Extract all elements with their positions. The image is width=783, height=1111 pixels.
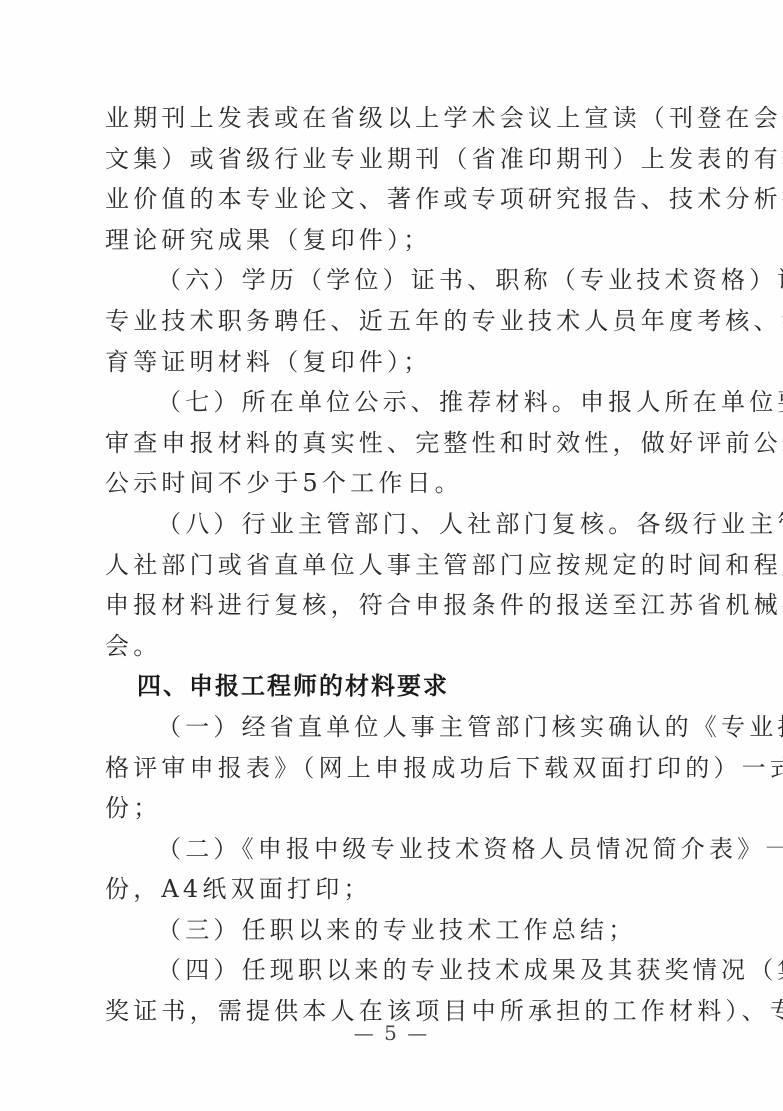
text-line: 专业技术职务聘任、近五年的专业技术人员年度考核、继续教: [105, 301, 671, 342]
text-line: 公示时间不少于5个工作日。: [105, 463, 671, 504]
text-line: 份；: [105, 788, 671, 829]
text-line: 审查申报材料的真实性、完整性和时效性，做好评前公示工作，: [105, 423, 671, 464]
text-line: 业期刊上发表或在省级以上学术会议上宣读（刊登在会刊、论: [105, 98, 671, 139]
text-line: 业价值的本专业论文、著作或专项研究报告、技术分析报告等: [105, 179, 671, 220]
text-line: 格评审申报表》（网上申报成功后下载双面打印的）一式3: [105, 748, 671, 789]
text-line: （八）行业主管部门、人社部门复核。各级行业主管部门、: [105, 504, 671, 545]
text-line: 理论研究成果（复印件）；: [105, 220, 671, 261]
text-line: 申报材料进行复核，符合申报条件的报送至江苏省机械行业协: [105, 585, 671, 626]
page-number: — 5 —: [0, 1021, 783, 1045]
text-line: 人社部门或省直单位人事主管部门应按规定的时间和程序对: [105, 545, 671, 586]
text-line: （七）所在单位公示、推荐材料。申报人所在单位要认真: [105, 382, 671, 423]
paragraph-section4-item-3: （三）任职以来的专业技术工作总结；: [105, 910, 671, 951]
text-line: 育等证明材料（复印件）；: [105, 342, 671, 383]
document-page: 业期刊上发表或在省级以上学术会议上宣读（刊登在会刊、论 文集）或省级行业专业期刊…: [0, 0, 783, 1111]
text-line: （三）任职以来的专业技术工作总结；: [105, 910, 671, 951]
text-line: 份，A4纸双面打印；: [105, 869, 671, 910]
text-line: 会。: [105, 626, 671, 667]
text-line: （一）经省直单位人事主管部门核实确认的《专业技术资: [105, 707, 671, 748]
text-line: （二）《申报中级专业技术资格人员情况简介表》一式5: [105, 829, 671, 870]
text-line: （六）学历（学位）证书、职称（专业技术资格）证书、: [105, 260, 671, 301]
text-line: 文集）或省级行业专业期刊（省准印期刊）上发表的有较高专: [105, 139, 671, 180]
section-heading: 四、申报工程师的材料要求: [105, 666, 671, 707]
document-body: 业期刊上发表或在省级以上学术会议上宣读（刊登在会刊、论 文集）或省级行业专业期刊…: [105, 98, 671, 1032]
paragraph-continuation-item-5: 业期刊上发表或在省级以上学术会议上宣读（刊登在会刊、论 文集）或省级行业专业期刊…: [105, 98, 671, 260]
paragraph-item-8: （八）行业主管部门、人社部门复核。各级行业主管部门、 人社部门或省直单位人事主管…: [105, 504, 671, 666]
paragraph-section4-item-1: （一）经省直单位人事主管部门核实确认的《专业技术资 格评审申报表》（网上申报成功…: [105, 707, 671, 829]
paragraph-section4-item-2: （二）《申报中级专业技术资格人员情况简介表》一式5 份，A4纸双面打印；: [105, 829, 671, 910]
paragraph-item-7: （七）所在单位公示、推荐材料。申报人所在单位要认真 审查申报材料的真实性、完整性…: [105, 382, 671, 504]
paragraph-item-6: （六）学历（学位）证书、职称（专业技术资格）证书、 专业技术职务聘任、近五年的专…: [105, 260, 671, 382]
paragraph-section4-item-4: （四）任现职以来的专业技术成果及其获奖情况（集体获 奖证书，需提供本人在该项目中…: [105, 950, 671, 1031]
text-line: （四）任现职以来的专业技术成果及其获奖情况（集体获: [105, 950, 671, 991]
